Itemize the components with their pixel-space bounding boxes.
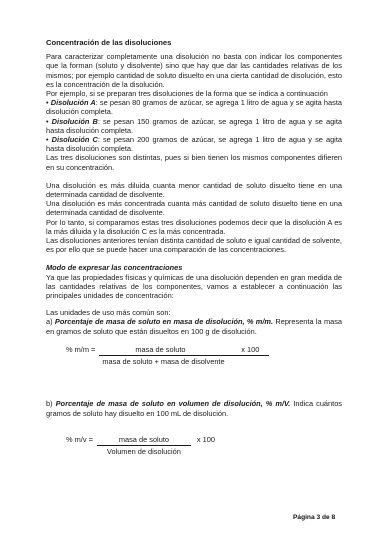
unit-b-prefix: b) [46,399,56,408]
paragraph-previous-solutions: Las disoluciones anteriores tenían disti… [46,236,342,254]
formula-mass-percent: % m/m = masa de soluto x 100 masa de sol… [46,345,342,366]
formula-b-multiplier: x 100 [197,435,215,444]
paragraph-diluted: Una disolución es más diluida cuanta men… [46,181,342,199]
paragraph-common-units: Las unidades de uso más común son: [46,308,342,317]
formula-a-denominator: masa de soluto + masa de disolvente [99,356,269,366]
formula-a-numerator: masa de soluto [135,345,185,354]
bullet-item-c: • Disolución C: se pesan 200 gramos de a… [46,135,342,153]
unit-a-prefix: a) [46,317,55,326]
document-page: Concentración de las disoluciones Para c… [0,0,385,547]
bullet-item-a: • Disolución A: se pesan 80 gramos de az… [46,98,342,116]
unit-b-title: Porcentaje de masa de soluto en volumen … [56,399,291,408]
section-heading-modes: Modo de expresar las concentraciones [46,263,342,272]
unit-b-definition: b) Porcentaje de masa de soluto en volum… [46,399,342,417]
page-number: Página 3 de 8 [293,513,335,522]
formula-mass-volume-percent: % m/v = masa de soluto Volumen de disolu… [46,435,342,456]
bullet-item-b: • Disolución B: se pesan 150 gramos de a… [46,117,342,135]
formula-a-fraction: masa de soluto x 100 masa de soluto + ma… [99,345,269,366]
paragraph-modes-intro: Ya que las propiedades físicas y química… [46,273,342,301]
paragraph-concentrated: Una disolución es más concentrada cuanta… [46,199,342,217]
page-title: Concentración de las disoluciones [46,38,342,47]
formula-b-lhs: % m/v = [66,435,93,444]
paragraph-comparison: Por lo tanto, si comparamos estas tres d… [46,218,342,236]
formula-b-denominator: Volumen de disolución [97,446,191,456]
bullet-term: Disolución B [52,117,98,126]
intro-paragraph-2: Por ejemplo, si se preparan tres disoluc… [46,89,342,98]
intro-paragraph-1: Para caracterizar completamente una diso… [46,52,342,89]
formula-a-multiplier: x 100 [241,345,259,354]
formula-b-fraction: masa de soluto Volumen de disolución [97,435,191,456]
formula-a-numerator-row: masa de soluto x 100 [99,345,269,356]
bullet-term: Disolución C [52,135,98,144]
bullet-term: Disolución A [51,98,96,107]
unit-a-definition: a) Porcentaje de masa de soluto en masa … [46,317,342,335]
paragraph-after-bullets: Las tres disoluciones son distintas, pue… [46,153,342,171]
unit-a-title: Porcentaje de masa de soluto en masa de … [55,317,273,326]
formula-b-numerator: masa de soluto [97,435,191,446]
formula-a-lhs: % m/m = [66,345,95,354]
